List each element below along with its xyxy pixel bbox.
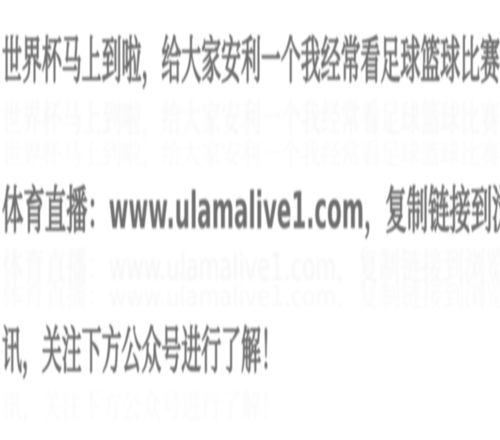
text-image-canvas: 世界杯马上到啦，给大家安利一个我经常看足球篮球比赛直播的好地方：雨燕 世界杯马上… bbox=[0, 0, 500, 440]
text-reflection: 世界杯马上到啦，给大家安利一个我经常看足球篮球比赛直播的好地方：雨燕 bbox=[2, 140, 500, 169]
text-line-2: 体育直播：www.ulamalive1.com，复制链接到浏览器即可打开，更多资 bbox=[2, 186, 500, 236]
text-reflection: 讯，关注下方公众号进行了解！ bbox=[2, 390, 281, 424]
text-reflection: 世界杯马上到啦，给大家安利一个我经常看足球篮球比赛直播的好地方：雨燕 bbox=[2, 100, 500, 138]
text-line-1: 世界杯马上到啦，给大家安利一个我经常看足球篮球比赛直播的好地方：雨燕 bbox=[2, 36, 500, 86]
text-reflection: 体育直播：www.ulamalive1.com，复制链接到浏览器即可打开，更多资 bbox=[2, 282, 500, 311]
text-line-3: 讯，关注下方公众号进行了解！ bbox=[2, 326, 281, 376]
